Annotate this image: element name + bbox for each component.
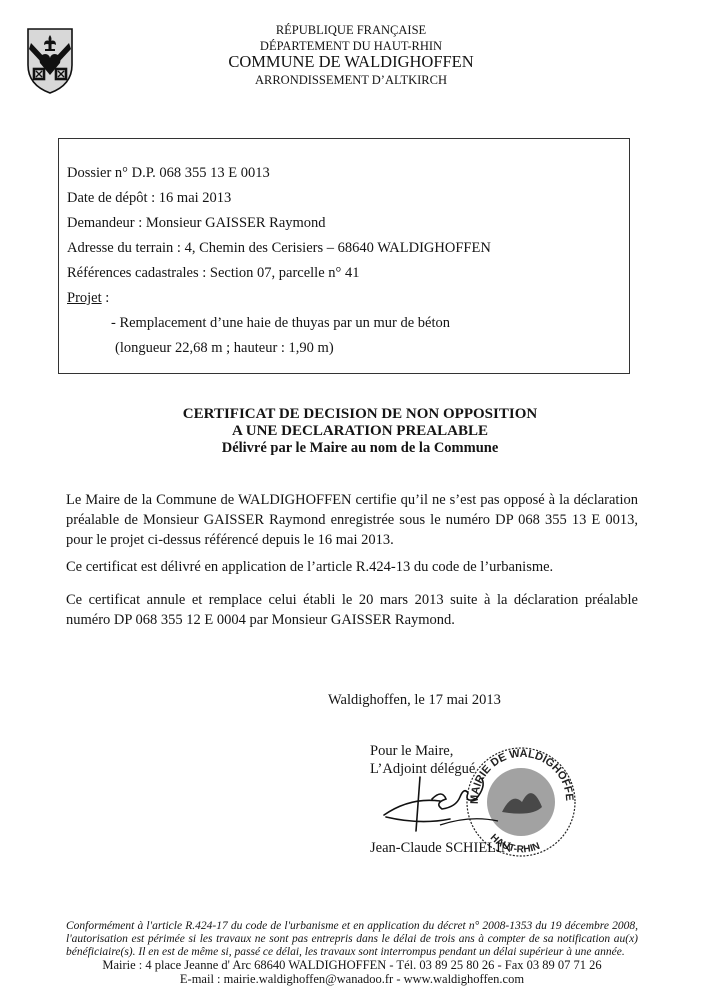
- legal-line-1: Conformément à l'article R.424-17 du cod…: [66, 920, 638, 933]
- cadastral-references: Références cadastrales : Section 07, par…: [67, 265, 359, 282]
- legal-line-2: l'autorisation est périmée si les travau…: [66, 933, 638, 946]
- certification-line-1: Le Maire de la Commune de WALDIGHOFFEN c…: [66, 490, 638, 510]
- certification-line-2: préalable de Monsieur GAISSER Raymond en…: [66, 510, 638, 530]
- replacement-line-1: Ce certificat annule et remplace celui é…: [66, 590, 638, 610]
- letterhead: RÉPUBLIQUE FRANÇAISE DÉPARTEMENT DU HAUT…: [180, 24, 522, 86]
- footer: Mairie : 4 place Jeanne d' Arc 68640 WAL…: [66, 958, 638, 986]
- title-line-2: A UNE DECLARATION PREALABLE: [150, 423, 570, 440]
- dossier-box: Dossier n° D.P. 068 355 13 E 0013 Date d…: [58, 138, 630, 374]
- title-line-3: Délivré par le Maire au nom de la Commun…: [150, 440, 570, 457]
- certification-line-3: pour le projet ci-dessus référencé depui…: [66, 532, 394, 548]
- signatory-name: Jean-Claude SCHIELIN: [370, 840, 511, 857]
- header-commune: COMMUNE DE WALDIGHOFFEN: [180, 54, 522, 71]
- legal-notice: Conformément à l'article R.424-17 du cod…: [66, 920, 638, 959]
- certificate-title: CERTIFICAT DE DECISION DE NON OPPOSITION…: [150, 406, 570, 457]
- project-colon: :: [102, 290, 110, 306]
- project-heading: Projet :: [67, 290, 109, 307]
- coat-of-arms-icon: [26, 27, 74, 95]
- for-mayor: Pour le Maire,: [370, 742, 475, 760]
- land-address: Adresse du terrain : 4, Chemin des Ceris…: [67, 240, 491, 257]
- signatory-role: Pour le Maire, L’Adjoint délégué: [370, 742, 475, 778]
- replacement-line-2: numéro DP 068 355 12 E 0004 par Monsieur…: [66, 612, 455, 628]
- legal-basis-paragraph: Ce certificat est délivré en application…: [66, 557, 638, 577]
- header-arrondissement: ARRONDISSEMENT D’ALTKIRCH: [180, 74, 522, 87]
- certification-paragraph: Le Maire de la Commune de WALDIGHOFFEN c…: [66, 490, 638, 550]
- applicant: Demandeur : Monsieur GAISSER Raymond: [67, 215, 326, 232]
- footer-address: Mairie : 4 place Jeanne d' Arc 68640 WAL…: [66, 958, 638, 972]
- title-line-1: CERTIFICAT DE DECISION DE NON OPPOSITION: [150, 406, 570, 423]
- handwritten-signature-icon: [380, 775, 500, 835]
- filing-date: Date de dépôt : 16 mai 2013: [67, 190, 231, 207]
- header-republique: RÉPUBLIQUE FRANÇAISE: [180, 24, 522, 37]
- project-label: Projet: [67, 290, 102, 306]
- dossier-number: Dossier n° D.P. 068 355 13 E 0013: [67, 165, 270, 182]
- project-description: - Remplacement d’une haie de thuyas par …: [111, 315, 450, 332]
- header-departement: DÉPARTEMENT DU HAUT-RHIN: [180, 40, 522, 53]
- footer-contact[interactable]: E-mail : mairie.waldighoffen@wanadoo.fr …: [66, 972, 638, 986]
- place-and-date: Waldighoffen, le 17 mai 2013: [328, 692, 501, 709]
- replacement-paragraph: Ce certificat annule et remplace celui é…: [66, 590, 638, 630]
- project-dimensions: (longueur 22,68 m ; hauteur : 1,90 m): [115, 340, 334, 357]
